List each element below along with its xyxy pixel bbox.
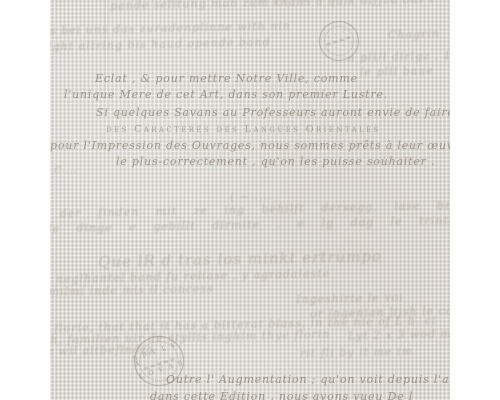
ghost-script-line: C ... xyxy=(54,166,78,176)
postmark-center-lines: ≈≈≈≈ xyxy=(325,33,353,48)
print-text-line: Si quelques Savans au Professeurs auront… xyxy=(96,106,450,119)
postmark-rim-text: · · · · · xyxy=(319,27,354,44)
ghost-script-line: a plUl dirlgz , 1777 xyxy=(348,49,450,65)
wallpaper-product-photo: pande selitung man zum khans a quik diff… xyxy=(0,0,500,400)
print-text-line: Outre l' Augmentation ; qu'on voit depui… xyxy=(166,373,450,386)
print-text-line: l'unique Mere de cet Art, dans son premi… xyxy=(64,88,388,101)
linen-fabric-swatch: pande selitung man zum khans a quik diff… xyxy=(50,0,450,400)
postmark-rim-text: · · · · xyxy=(327,40,355,54)
ghost-script-line: Que lR d tras los minkt ertrumpo xyxy=(98,247,382,271)
postmark-center-lines: ≈≈≈≈≈ xyxy=(143,355,178,372)
ghost-script-line: rit fli by it me im xyxy=(300,345,413,360)
ghost-script-line: ( ~ .... xyxy=(230,190,273,204)
ghost-script-line: Lyt 2 x 3 wod mil serin xyxy=(348,326,450,342)
print-text-line: des Caracteres des Langues Orientales xyxy=(106,124,381,135)
ghost-script-line: le plll baue xyxy=(360,64,434,79)
print-text-line: dans cette Édition , nous avons vueu De … xyxy=(150,390,413,400)
print-text-line: Eclat , & pour mettre Notre Ville, comme xyxy=(95,72,358,85)
ghost-script-line: Ingeshirte le voi xyxy=(296,291,404,306)
ghost-script-line: night altring bis haud opende band xyxy=(50,36,271,54)
print-text-line: le plus-correctement , qu'on les puisse … xyxy=(116,155,435,168)
ghost-script-line: Chagrin xyxy=(388,27,440,41)
postmark-rim-text: S P V L V A xyxy=(132,342,181,368)
ghost-script-line: familmi inde mis il concess xyxy=(50,282,214,299)
ghost-script-line: pande selitung man zum khans a quik diff… xyxy=(110,0,435,12)
print-text-line: pour l'Impression des Ouvrages, nous som… xyxy=(50,139,450,152)
